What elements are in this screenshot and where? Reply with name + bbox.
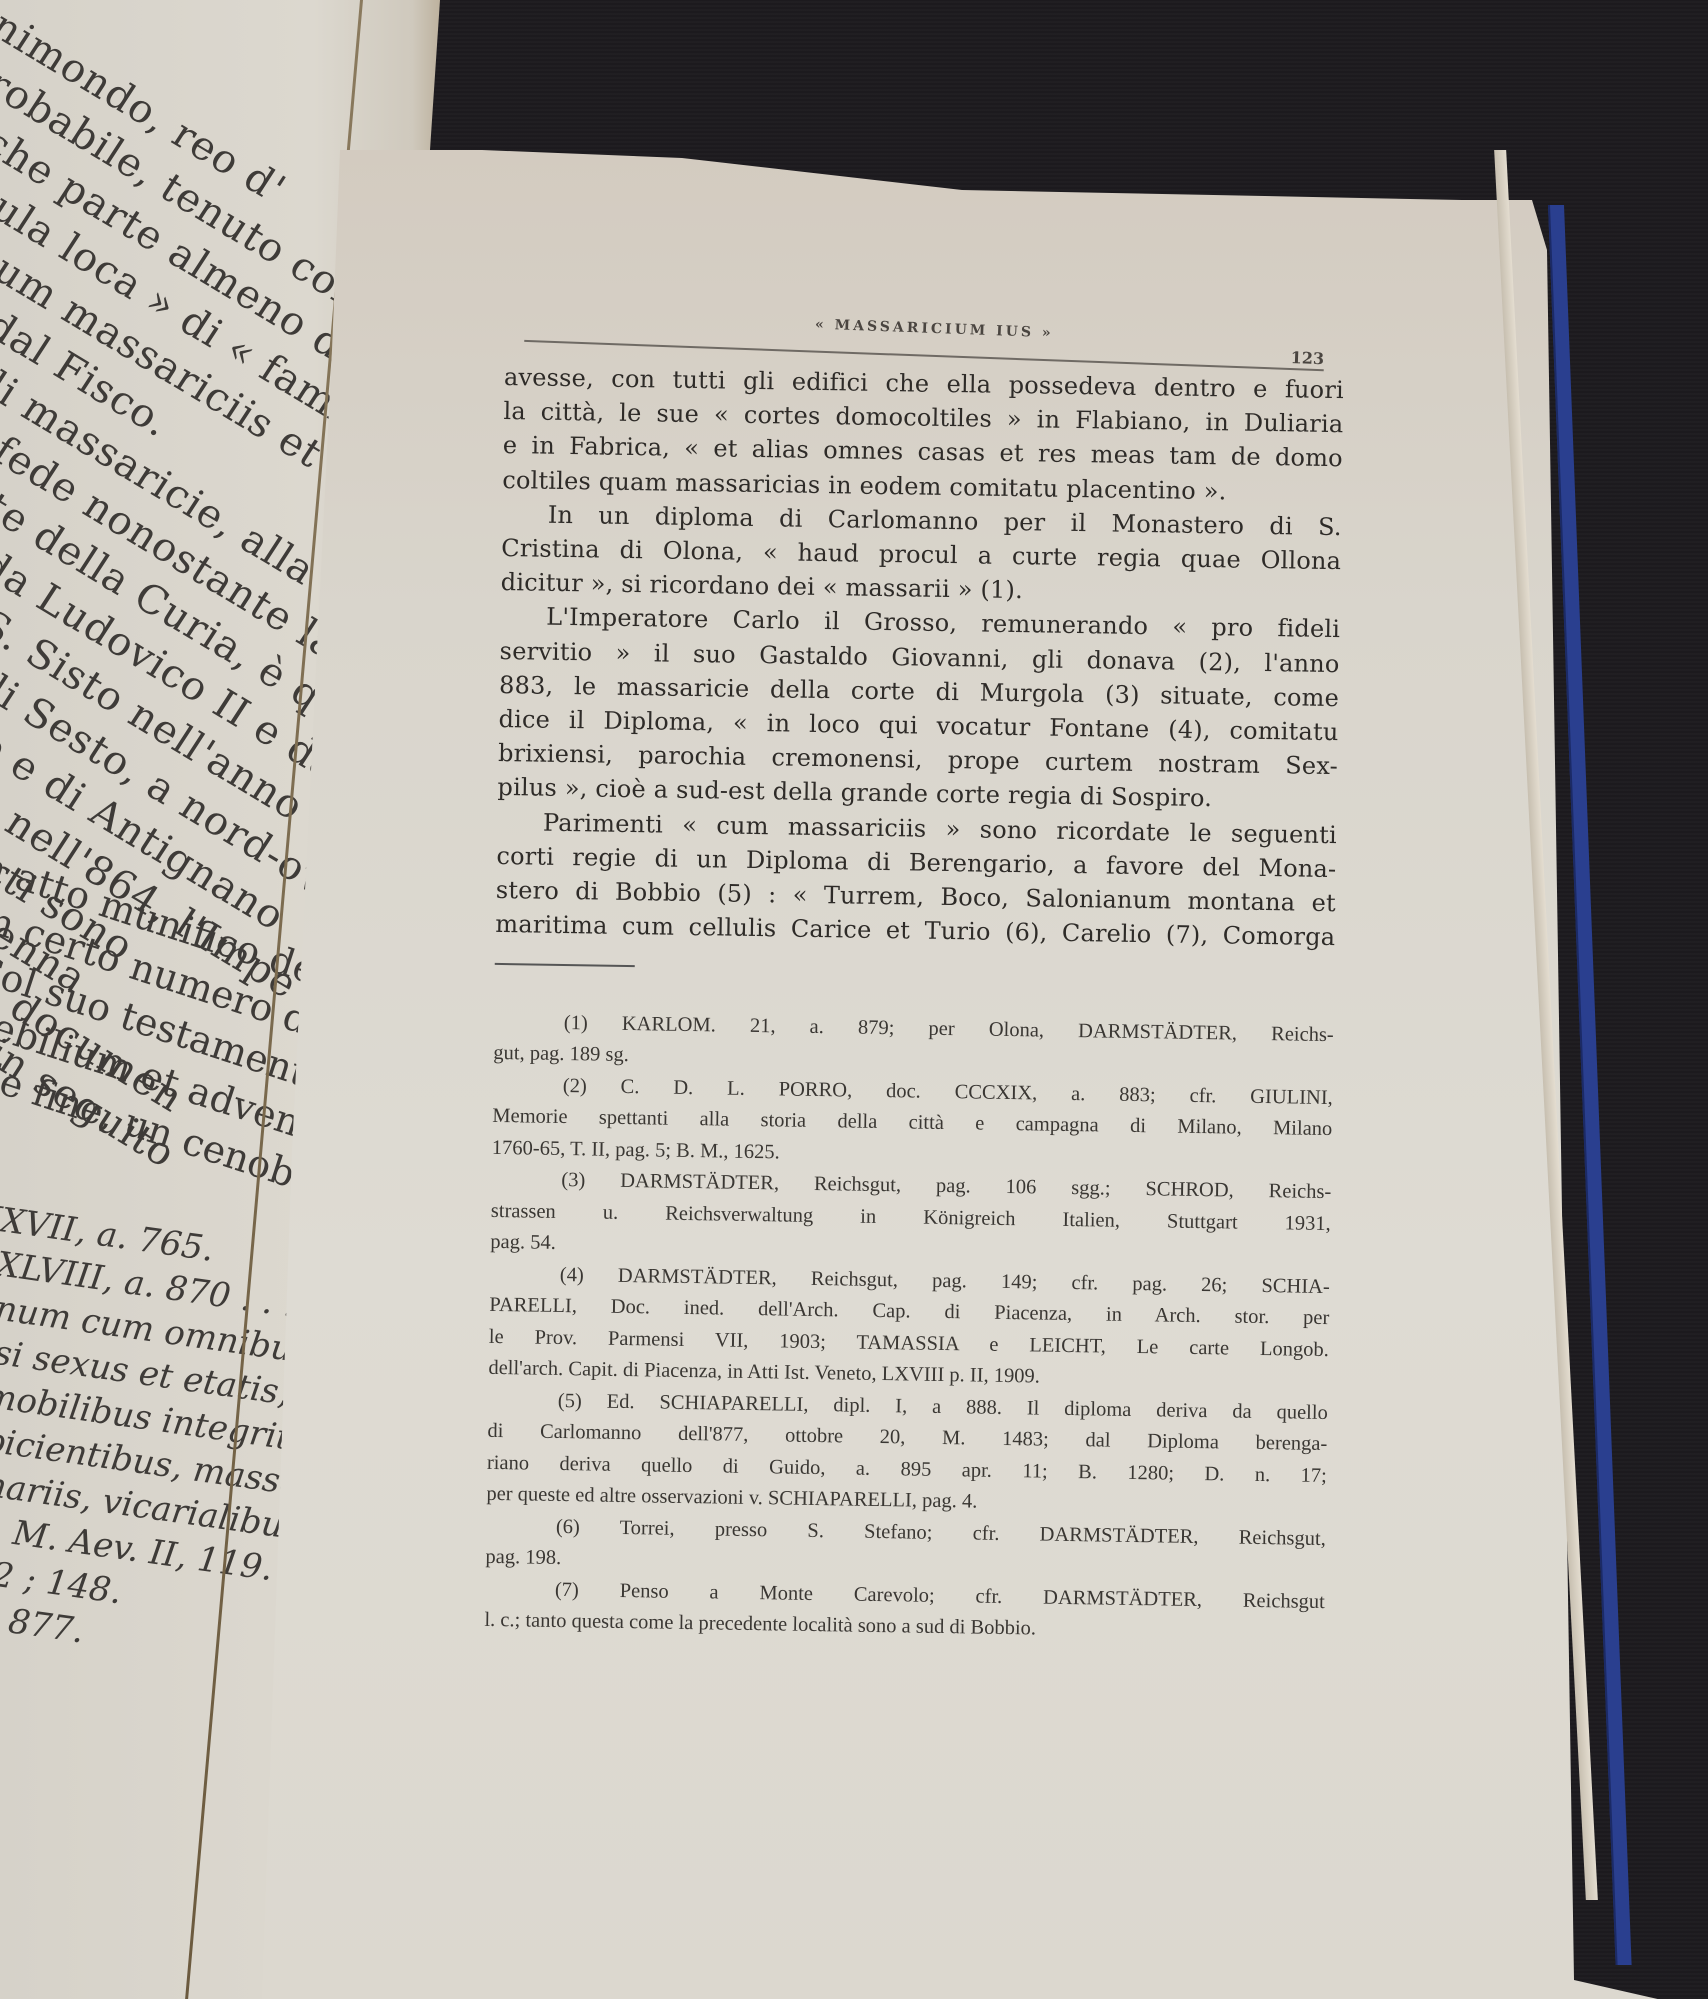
footnote-3: (3) DARMSTÄDTER, Reichsgut, pag. 106 sgg… [490,1164,1331,1272]
footnote-2: (2) C. D. L. PORRO, doc. CCCXIX, a. 883;… [492,1070,1333,1178]
footnote-4: (4) DARMSTÄDTER, Reichsgut, pag. 149; cf… [488,1259,1330,1398]
footnote-5: (5) Ed. SCHIAPARELLI, dipl. I, a 888. Il… [486,1385,1328,1524]
footnote-7: (7) Penso a Monte Carevolo; cfr. DARMSTÄ… [484,1574,1325,1650]
right-page-content: « MASSARICIUM IUS » 123 avesse, con tutt… [484,312,1345,1650]
page-number: 123 [1290,348,1324,368]
footnote-separator-rule [495,963,635,967]
running-head-title: « MASSARICIUM IUS » [815,317,1054,342]
main-body-text: avesse, con tutti gli edifici che ella p… [495,360,1344,955]
footnotes: (1) KARLOM. 21, a. 879; per Olona, DARMS… [484,1007,1334,1650]
